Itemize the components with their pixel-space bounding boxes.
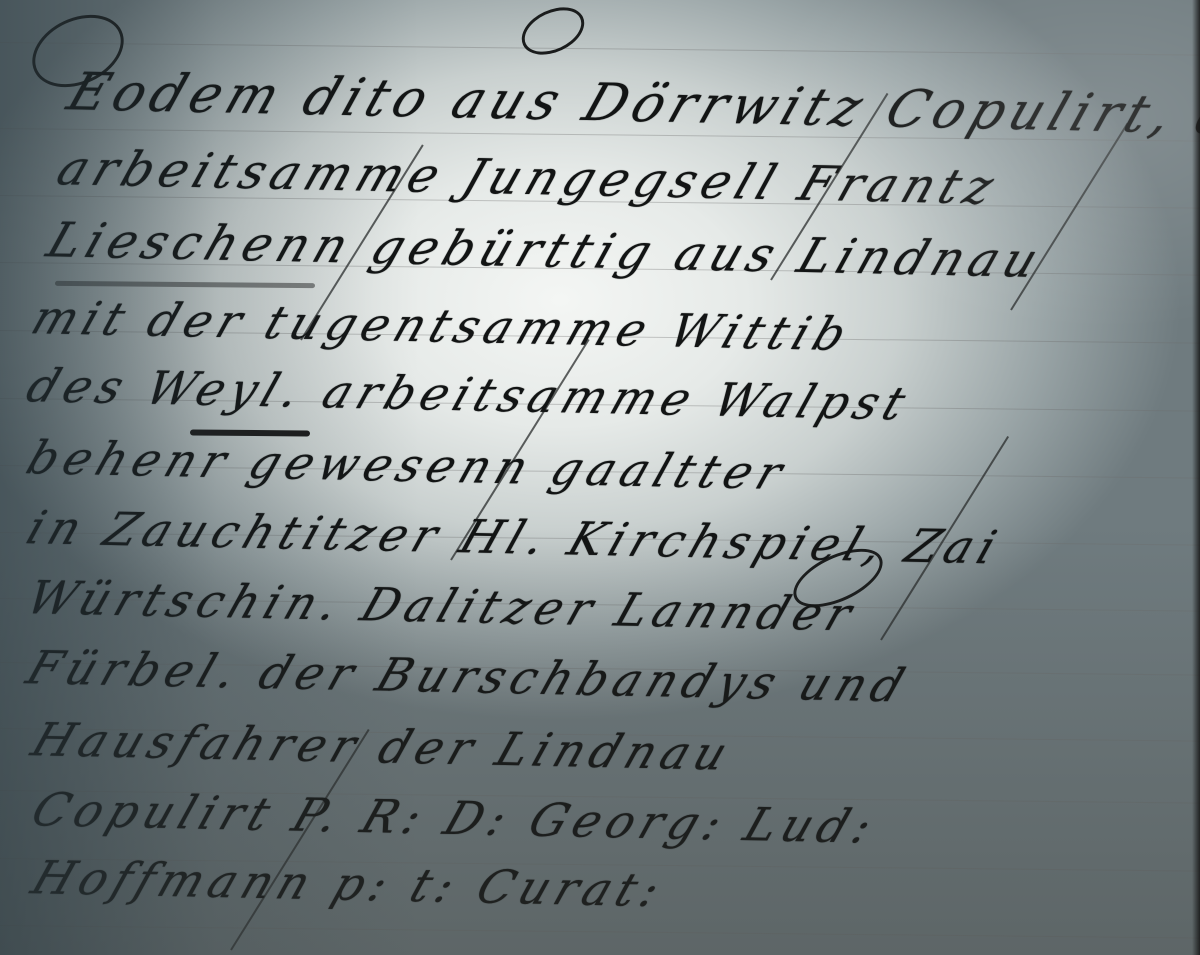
line-10: Hausfahrer der Lindnau bbox=[25, 712, 740, 780]
line-3: Lieschenn gebürttig aus Lindnau bbox=[40, 212, 1051, 288]
capital-d-flourish bbox=[514, 0, 592, 64]
line-6: behenr gewesenn gaaltter bbox=[20, 430, 795, 499]
pencil-underline bbox=[55, 281, 315, 288]
line-2: arbeitsamme Jungegsell Frantz bbox=[50, 140, 1007, 215]
page-edge-shadow bbox=[1192, 0, 1200, 955]
line-8: Würtschin. Dalitzer Lannder bbox=[20, 570, 865, 641]
ruled-line bbox=[0, 925, 1200, 939]
line-11: Copulirt P. R: D: Georg: Lud: bbox=[25, 782, 885, 853]
ruled-line bbox=[0, 42, 1200, 56]
line-7: in Zauchtitzer Hl. Kirchspiel, Zai bbox=[20, 500, 1009, 574]
line-4: mit der tugentsamme Wittib bbox=[25, 290, 860, 361]
document-photo: Eodem dito aus Dörrwitz Copulirt, der ar… bbox=[0, 0, 1200, 955]
line-12: Hoffmann p: t: Curat: bbox=[25, 850, 673, 917]
line-5: des Weyl. arbeitsamme Walpst bbox=[20, 358, 918, 430]
line-9: Fürbel. der Burschbandys und bbox=[20, 640, 917, 712]
